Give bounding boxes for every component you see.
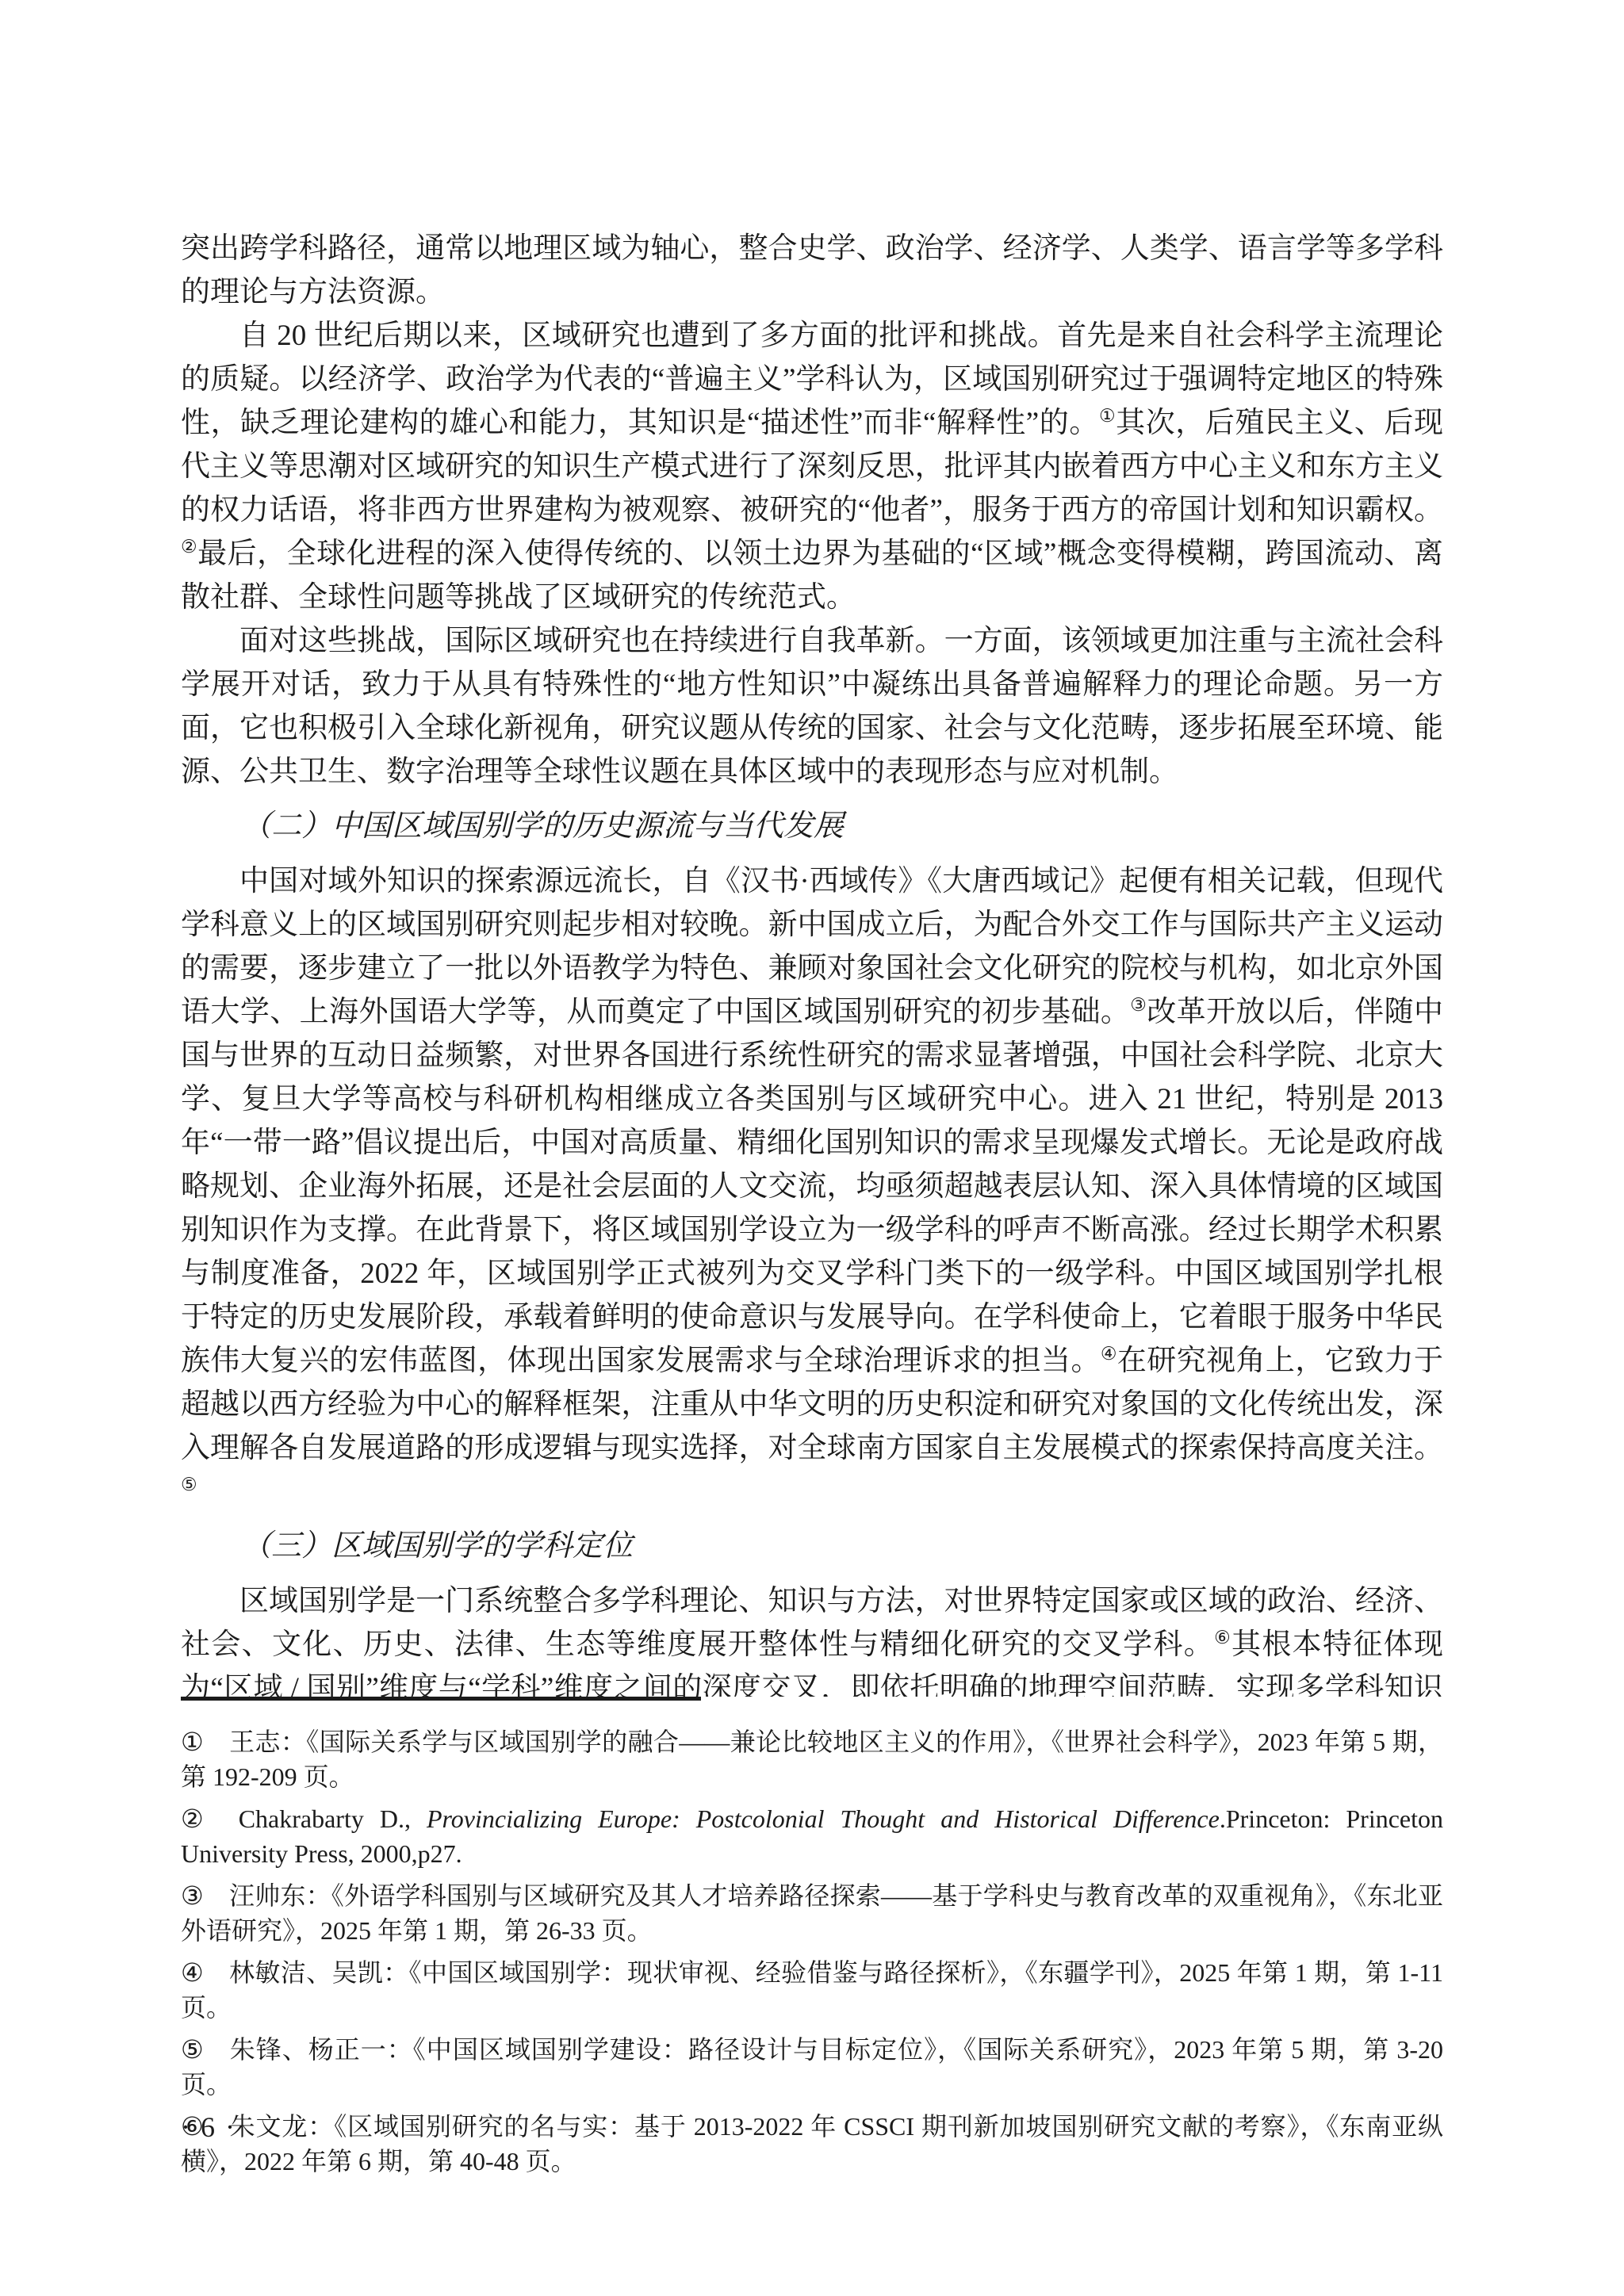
paragraph-china-history: 中国对域外知识的探索源远流长，自《汉书·西域传》《大唐西域记》起便有相关记载，但… bbox=[181, 859, 1443, 1513]
text-run: 最后，全球化进程的深入使得传统的、以领土边界为基础的“区域”概念变得模糊，跨国流… bbox=[181, 538, 1443, 614]
text-run: 改革开放以后，伴随中国与世界的互动日益频繁，对世界各国进行系统性研究的需求显著增… bbox=[181, 996, 1443, 1377]
footnote-2-author: Chakrabarty D., bbox=[239, 1804, 427, 1833]
footnote-4-marker: ④ bbox=[181, 1958, 204, 1987]
footnote-ref-2: ② bbox=[181, 537, 197, 557]
footnote-5: ⑤朱锋、杨正一：《中国区域国别学建设：路径设计与目标定位》，《国际关系研究》，2… bbox=[181, 2032, 1443, 2102]
footnote-2-book-title: Provincializing Europe: Postcolonial Tho… bbox=[427, 1804, 1220, 1833]
paragraph-self-renewal: 面对这些挑战，国际区域研究也在持续进行自我革新。一方面，该领域更加注重与主流社会… bbox=[181, 619, 1443, 794]
footnote-3-text: 汪帅东：《外语学科国别与区域研究及其人才培养路径探索——基于学科史与教育改革的双… bbox=[181, 1881, 1443, 1945]
footnote-5-marker: ⑤ bbox=[181, 2035, 205, 2064]
footnote-separator bbox=[181, 1697, 701, 1701]
footnote-ref-3: ③ bbox=[1130, 995, 1147, 1015]
footnote-ref-6: ⑥ bbox=[1214, 1628, 1231, 1647]
footnote-6: ⑥朱文龙：《区域国别研究的名与实：基于 2013-2022 年 CSSCI 期刊… bbox=[181, 2109, 1443, 2179]
section-heading-3: （三）区域国别学的学科定位 bbox=[181, 1525, 1443, 1568]
paragraph-discipline-position: 区域国别学是一门系统整合多学科理论、知识与方法，对世界特定国家或区域的政治、经济… bbox=[181, 1579, 1443, 1697]
footnote-3: ③汪帅东：《外语学科国别与区域研究及其人才培养路径探索——基于学科史与教育改革的… bbox=[181, 1878, 1443, 1948]
footnote-1-text: 王志：《国际关系学与区域国别学的融合——兼论比较地区主义的作用》，《世界社会科学… bbox=[181, 1728, 1443, 1791]
footnote-4: ④林敏洁、吴凯：《中国区域国别学：现状审视、经验借鉴与路径探析》，《东疆学刊》，… bbox=[181, 1955, 1443, 2025]
footnotes: ①王志：《国际关系学与区域国别学的融合——兼论比较地区主义的作用》，《世界社会科… bbox=[181, 1724, 1443, 2179]
footnote-6-text: 朱文龙：《区域国别研究的名与实：基于 2013-2022 年 CSSCI 期刊新… bbox=[181, 2112, 1443, 2175]
footnote-1-marker: ① bbox=[181, 1728, 204, 1756]
page-number: · 6 · bbox=[181, 2110, 236, 2144]
footnote-ref-1: ① bbox=[1099, 406, 1116, 426]
document-page: 突出跨学科路径，通常以地理区域为轴心，整合史学、政治学、经济学、人类学、语言学等… bbox=[0, 0, 1624, 2296]
body-text: 突出跨学科路径，通常以地理区域为轴心，整合史学、政治学、经济学、人类学、语言学等… bbox=[181, 227, 1443, 1697]
paragraph-continuation: 突出跨学科路径，通常以地理区域为轴心，整合史学、政治学、经济学、人类学、语言学等… bbox=[181, 227, 1443, 314]
footnote-2: ②Chakrabarty D., Provincializing Europe:… bbox=[181, 1801, 1443, 1871]
page-content: 突出跨学科路径，通常以地理区域为轴心，整合史学、政治学、经济学、人类学、语言学等… bbox=[181, 227, 1443, 2186]
footnote-ref-4: ④ bbox=[1101, 1344, 1117, 1364]
footnote-4-text: 林敏洁、吴凯：《中国区域国别学：现状审视、经验借鉴与路径探析》，《东疆学刊》，2… bbox=[181, 1958, 1443, 2022]
footnote-ref-5: ⑤ bbox=[181, 1475, 197, 1494]
paragraph-critiques: 自 20 世纪后期以来，区域研究也遭到了多方面的批评和挑战。首先是来自社会科学主… bbox=[181, 314, 1443, 619]
footnote-5-text: 朱锋、杨正一：《中国区域国别学建设：路径设计与目标定位》，《国际关系研究》，20… bbox=[181, 2035, 1443, 2099]
section-heading-2: （二）中国区域国别学的历史源流与当代发展 bbox=[181, 805, 1443, 848]
footnote-2-marker: ② bbox=[181, 1804, 213, 1833]
footnote-1: ①王志：《国际关系学与区域国别学的融合——兼论比较地区主义的作用》，《世界社会科… bbox=[181, 1724, 1443, 1794]
footnote-3-marker: ③ bbox=[181, 1881, 204, 1910]
